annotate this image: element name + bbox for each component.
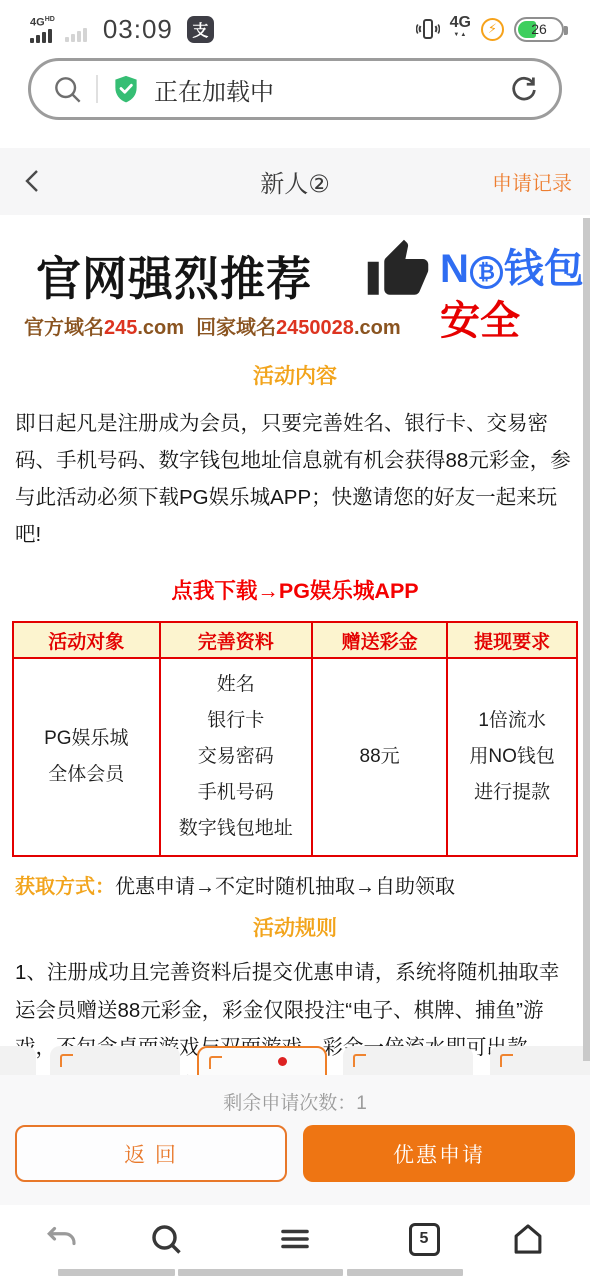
search-icon[interactable] [51, 73, 83, 105]
browser-search-button[interactable] [144, 1217, 188, 1261]
tab-icon [209, 1056, 222, 1069]
battery-indicator: 26 [514, 17, 564, 42]
tab-count: 5 [409, 1223, 440, 1256]
application-history-link[interactable]: 申请记录 [492, 167, 572, 196]
promo-tab[interactable] [50, 1046, 180, 1075]
table-header-row: 活动对象 完善资料 赠送彩金 提现要求 [13, 622, 577, 658]
promo-tab[interactable] [343, 1046, 473, 1075]
return-button[interactable]: 返 回 [15, 1125, 287, 1182]
safe-label: 安全 [440, 289, 520, 346]
tab-icon [500, 1054, 513, 1067]
remaining-count: 剩余申请次数：1 [0, 1088, 590, 1115]
col-header: 赠送彩金 [312, 622, 447, 658]
tab-icon [353, 1054, 366, 1067]
promo-tabs-row [0, 1046, 590, 1075]
notification-dot [278, 1057, 287, 1066]
browser-home-button[interactable] [506, 1217, 550, 1261]
page-bottom-bars [0, 1269, 590, 1280]
promo-tab[interactable] [0, 1046, 36, 1075]
browser-address-bar[interactable]: 正在加载中 [28, 58, 562, 120]
apply-promotion-button[interactable]: 优惠申请 [303, 1125, 575, 1182]
no-wallet-label: N₿钱包 [440, 237, 584, 294]
promo-table: 活动对象 完善资料 赠送彩金 提现要求 PG娱乐城 全体会员 姓名 银行卡 交易… [12, 621, 578, 857]
cell-required-info: 姓名 银行卡 交易密码 手机号码 数字钱包地址 [160, 658, 312, 856]
signal-strength-2-icon [65, 28, 87, 42]
claim-method-label: 获取方式： [15, 876, 115, 898]
page-title: 新人② [260, 164, 330, 199]
alipay-notification-icon: 支 [187, 16, 214, 43]
tab-icon [60, 1054, 73, 1067]
table-row: PG娱乐城 全体会员 姓名 银行卡 交易密码 手机号码 数字钱包地址 88元 [13, 658, 577, 856]
promo-banner: 官网强烈推荐 N₿钱包 安全 官方域名245.com回家域名2450028.co… [0, 215, 590, 347]
refresh-icon[interactable] [509, 74, 539, 104]
cell-audience: PG娱乐城 全体会员 [13, 658, 160, 856]
bitcoin-icon: ₿ [470, 256, 503, 289]
promo-tab-active[interactable] [197, 1046, 327, 1075]
scrollbar[interactable] [583, 218, 590, 1061]
signal-strength-icon: 4GHD [30, 15, 55, 44]
cell-withdraw-req: 1倍流水 用NO钱包 进行提款 [447, 658, 577, 856]
thumbs-up-icon [362, 237, 434, 303]
secure-site-shield-icon [111, 74, 141, 104]
domain-links[interactable]: 官方域名245.com回家域名2450028.com [24, 311, 401, 340]
page-header: 新人② 申请记录 [0, 148, 590, 215]
divider [96, 75, 98, 103]
back-chevron-icon[interactable] [18, 166, 48, 196]
promo-content: 官网强烈推荐 N₿钱包 安全 官方域名245.com回家域名2450028.co… [0, 215, 590, 1075]
charging-icon: ⚡ [481, 18, 504, 41]
status-bar: 4GHD 03:09 支 4G ▼▲ ⚡ 26 [0, 0, 590, 52]
cell-bonus: 88元 [312, 658, 447, 856]
browser-tabs-button[interactable]: 5 [402, 1217, 446, 1261]
banner-headline: 官网强烈推荐 [36, 241, 312, 309]
download-app-link[interactable]: 点我下载→PG娱乐城APP [0, 574, 590, 605]
browser-back-button[interactable] [40, 1217, 84, 1261]
promo-tab[interactable] [490, 1046, 590, 1075]
browser-menu-button[interactable] [273, 1217, 317, 1261]
col-header: 完善资料 [160, 622, 312, 658]
phone-screen: 4GHD 03:09 支 4G ▼▲ ⚡ 26 [0, 0, 590, 1280]
bottom-action-panel: 剩余申请次数：1 返 回 优惠申请 [0, 1075, 590, 1205]
network-type-indicator: 4G ▼▲ [450, 16, 471, 42]
claim-method-line: 获取方式：优惠申请→不定时随机抽取→自助领取 [15, 870, 575, 899]
col-header: 提现要求 [447, 622, 577, 658]
col-header: 活动对象 [13, 622, 160, 658]
activity-intro-text: 即日起凡是注册成为会员，只要完善姓名、银行卡、交易密码、手机号码、数字钱包地址信… [15, 405, 575, 553]
clock-time: 03:09 [103, 14, 173, 45]
section-title-activity-content: 活动内容 [0, 360, 590, 390]
section-title-activity-rules: 活动规则 [0, 912, 590, 942]
vibrate-icon [416, 17, 440, 41]
page-loading-status[interactable]: 正在加载中 [154, 72, 496, 107]
